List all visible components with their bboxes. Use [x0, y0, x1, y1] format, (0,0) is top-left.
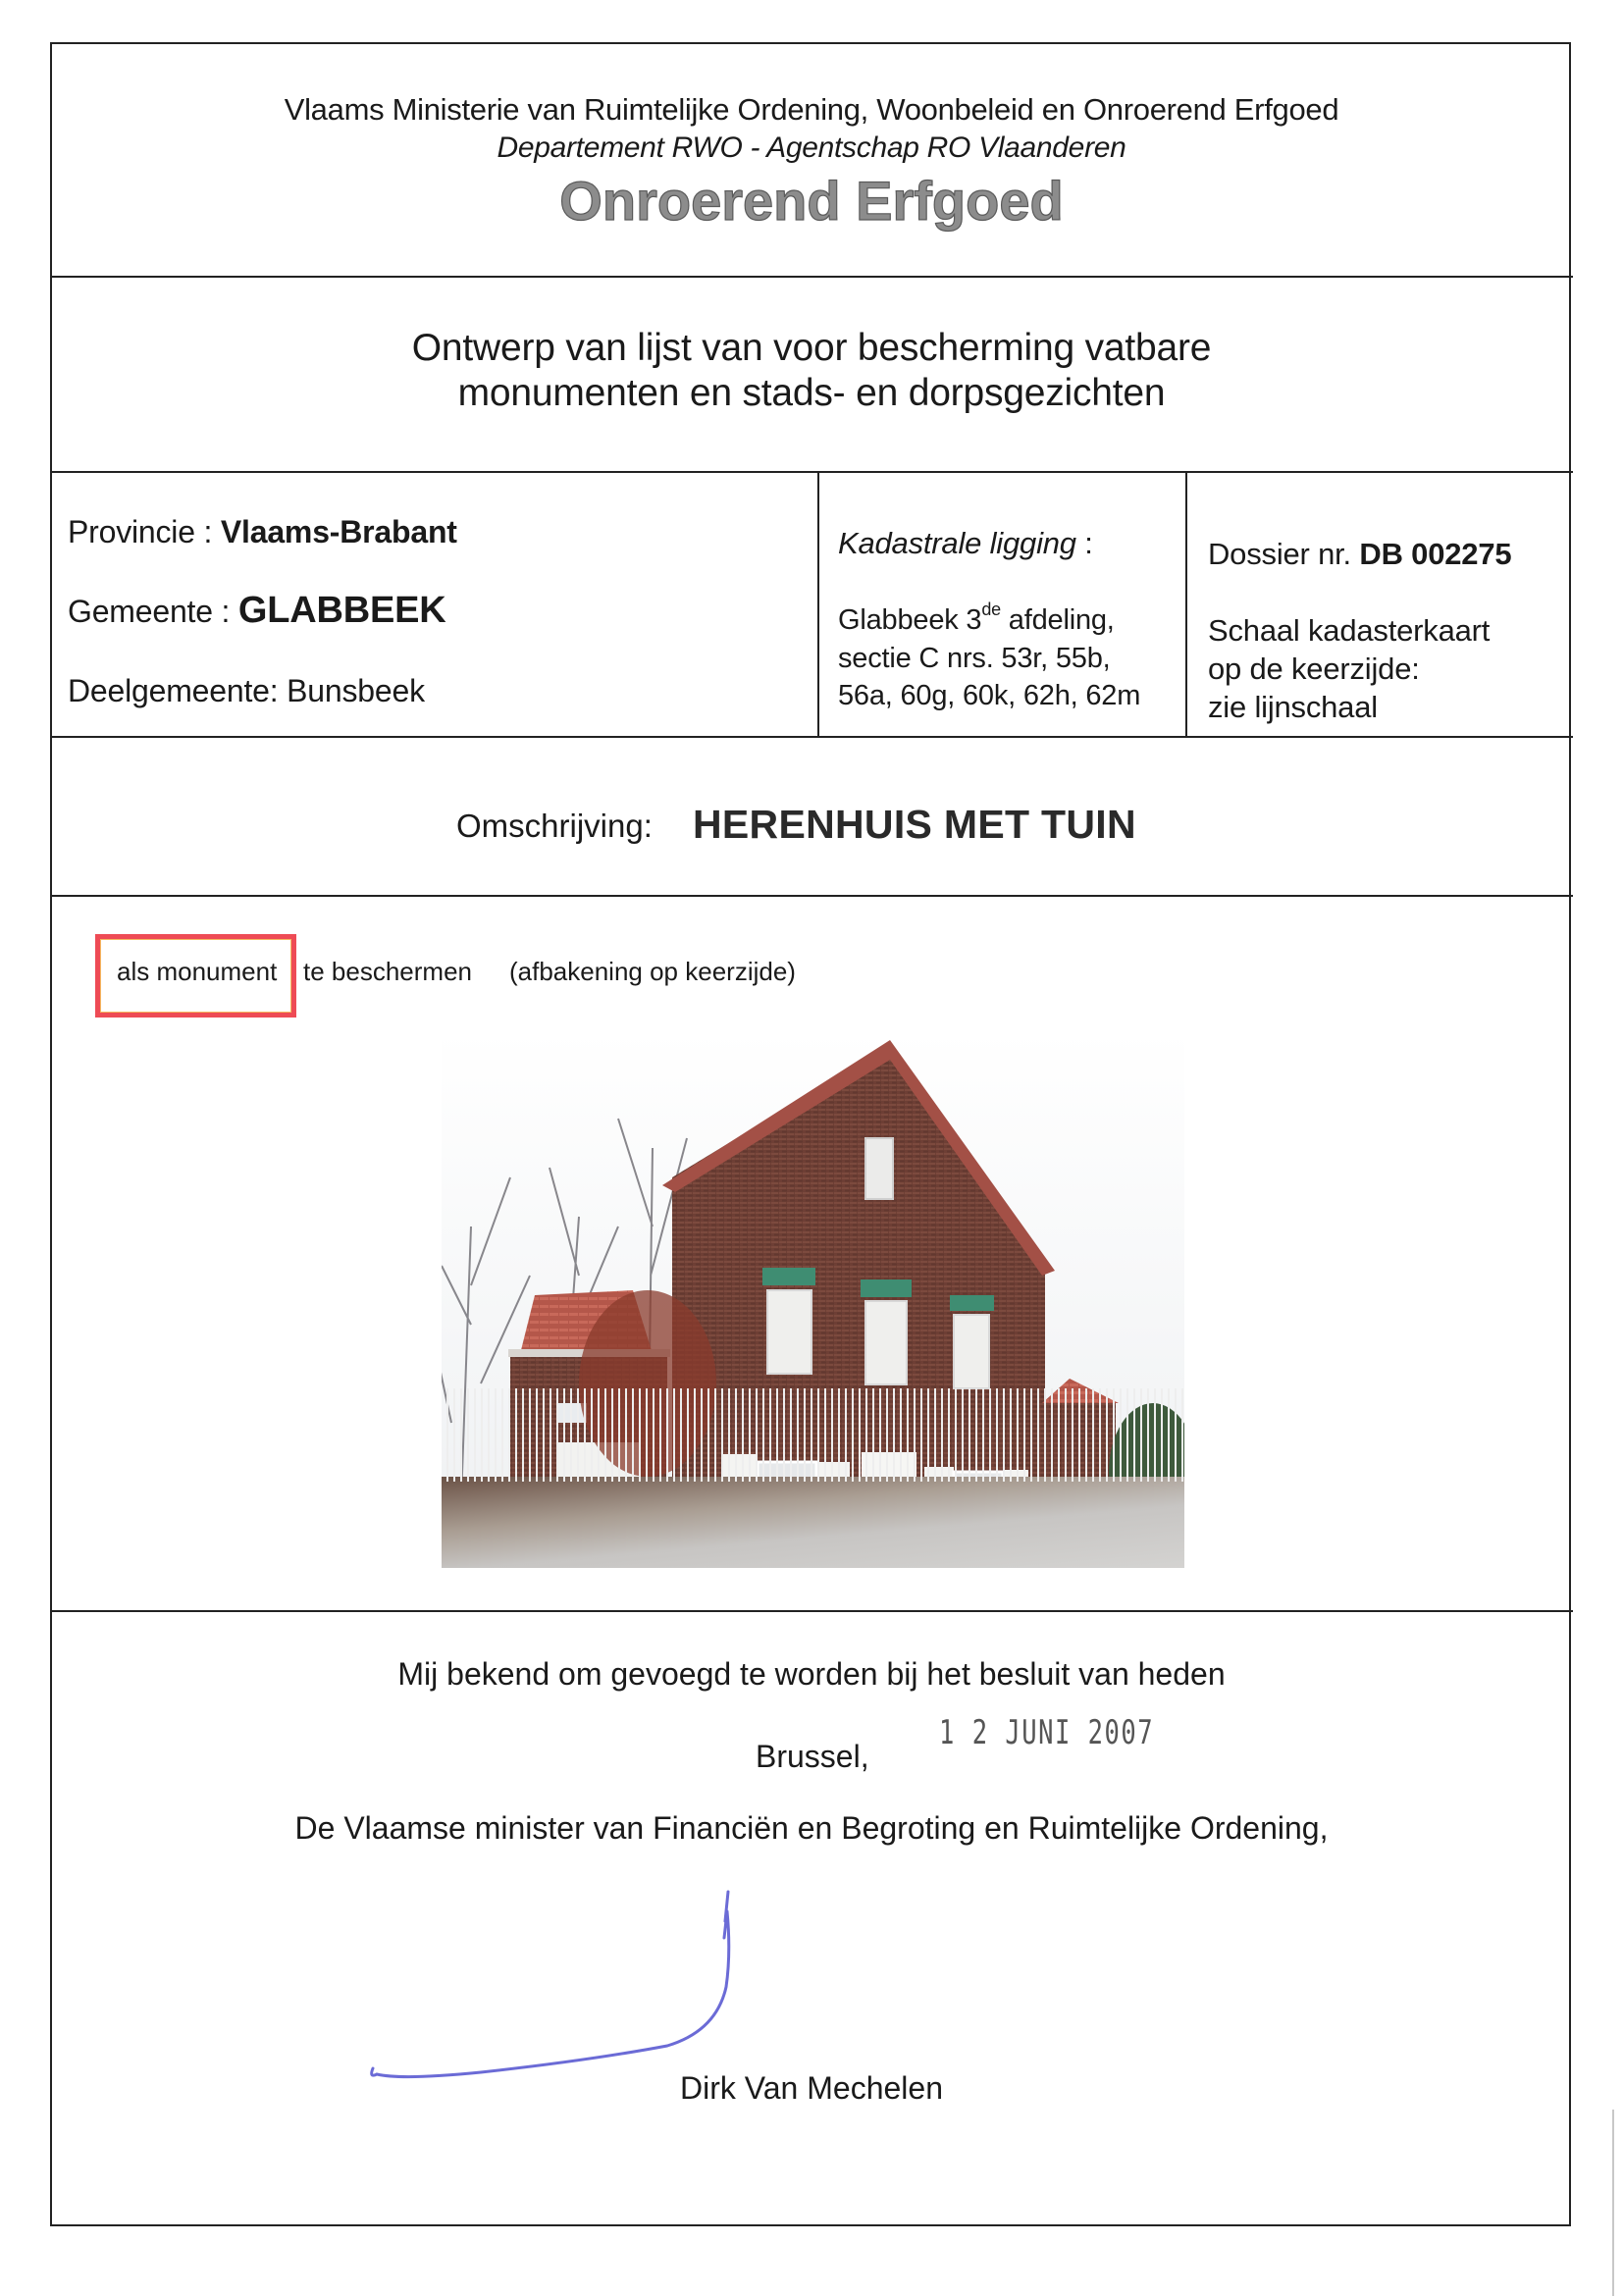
provincie-value: Vlaams-Brabant	[221, 514, 457, 549]
cadastral-label-row: Kadastrale ligging :	[838, 526, 1093, 561]
cadastral-line1-prefix: Glabbeek 3	[838, 604, 981, 636]
divider-description	[50, 895, 1573, 897]
provincie-label: Provincie :	[68, 514, 212, 549]
statement-text: Mij bekend om gevoegd te worden bij het …	[50, 1656, 1573, 1693]
cadastral-line2: sectie C nrs. 53r, 55b,	[838, 643, 1111, 675]
description-value: HERENHUIS MET TUIN	[693, 802, 1136, 848]
signature-icon	[363, 1884, 913, 2100]
document-title-line2: monumenten en stads- en dorpsgezichten	[50, 372, 1573, 415]
description-label: Omschrijving:	[456, 808, 653, 845]
dossier-number: DB 002275	[1359, 537, 1511, 571]
cadastral-line1: Glabbeek 3de afdeling,	[838, 604, 1115, 637]
gemeente-field: Gemeente : GLABBEEK	[68, 590, 446, 632]
scan-edge	[1612, 2110, 1614, 2296]
divider-col-2	[1185, 472, 1187, 737]
fence	[442, 1388, 1184, 1482]
gemeente-label: Gemeente :	[68, 594, 230, 629]
cadastral-label-colon: :	[1084, 526, 1092, 560]
date-stamp: 1 2 JUNI 2007	[939, 1713, 1154, 1752]
place-text: Brussel,	[756, 1739, 869, 1775]
protection-note: (afbakening op keerzijde)	[509, 957, 796, 987]
deelgemeente-label: Deelgemeente:	[68, 673, 278, 708]
divider-col-1	[817, 472, 819, 737]
cadastral-line1-suffix: afdeling,	[1001, 604, 1115, 636]
deelgemeente-field: Deelgemeente: Bunsbeek	[68, 673, 425, 709]
provincie-field: Provincie : Vlaams-Brabant	[68, 514, 457, 550]
scale-line1: Schaal kadasterkaart	[1208, 613, 1490, 649]
scale-line2: op de keerzijde:	[1208, 652, 1420, 687]
deelgemeente-value: Bunsbeek	[287, 673, 425, 708]
brand-title: Onroerend Erfgoed	[50, 169, 1573, 233]
dossier-field: Dossier nr. DB 002275	[1208, 537, 1511, 572]
dossier-label: Dossier nr.	[1208, 537, 1351, 571]
divider-title	[50, 471, 1573, 473]
cadastral-line1-sup: de	[981, 600, 1001, 619]
document-title-line1: Ontwerp van lijst van voor bescherming v…	[50, 327, 1573, 370]
divider-header	[50, 276, 1573, 278]
gemeente-value: GLABBEEK	[238, 590, 446, 631]
ministry-name: Vlaams Ministerie van Ruimtelijke Ordeni…	[50, 92, 1573, 128]
scale-line3: zie lijnschaal	[1208, 690, 1378, 725]
house-photo	[442, 1030, 1184, 1568]
minister-name: Dirk Van Mechelen	[50, 2070, 1573, 2107]
protection-highlighted: als monument	[117, 957, 277, 987]
department-name: Departement RWO - Agentschap RO Vlaander…	[50, 131, 1573, 165]
street	[442, 1477, 1184, 1568]
protection-rest: te beschermen	[303, 957, 472, 987]
cadastral-label: Kadastrale ligging	[838, 526, 1076, 560]
divider-photo	[50, 1610, 1573, 1612]
divider-info	[50, 736, 1573, 738]
cadastral-line3: 56a, 60g, 60k, 62h, 62m	[838, 680, 1140, 712]
minister-title: De Vlaamse minister van Financiën en Beg…	[50, 1810, 1573, 1847]
